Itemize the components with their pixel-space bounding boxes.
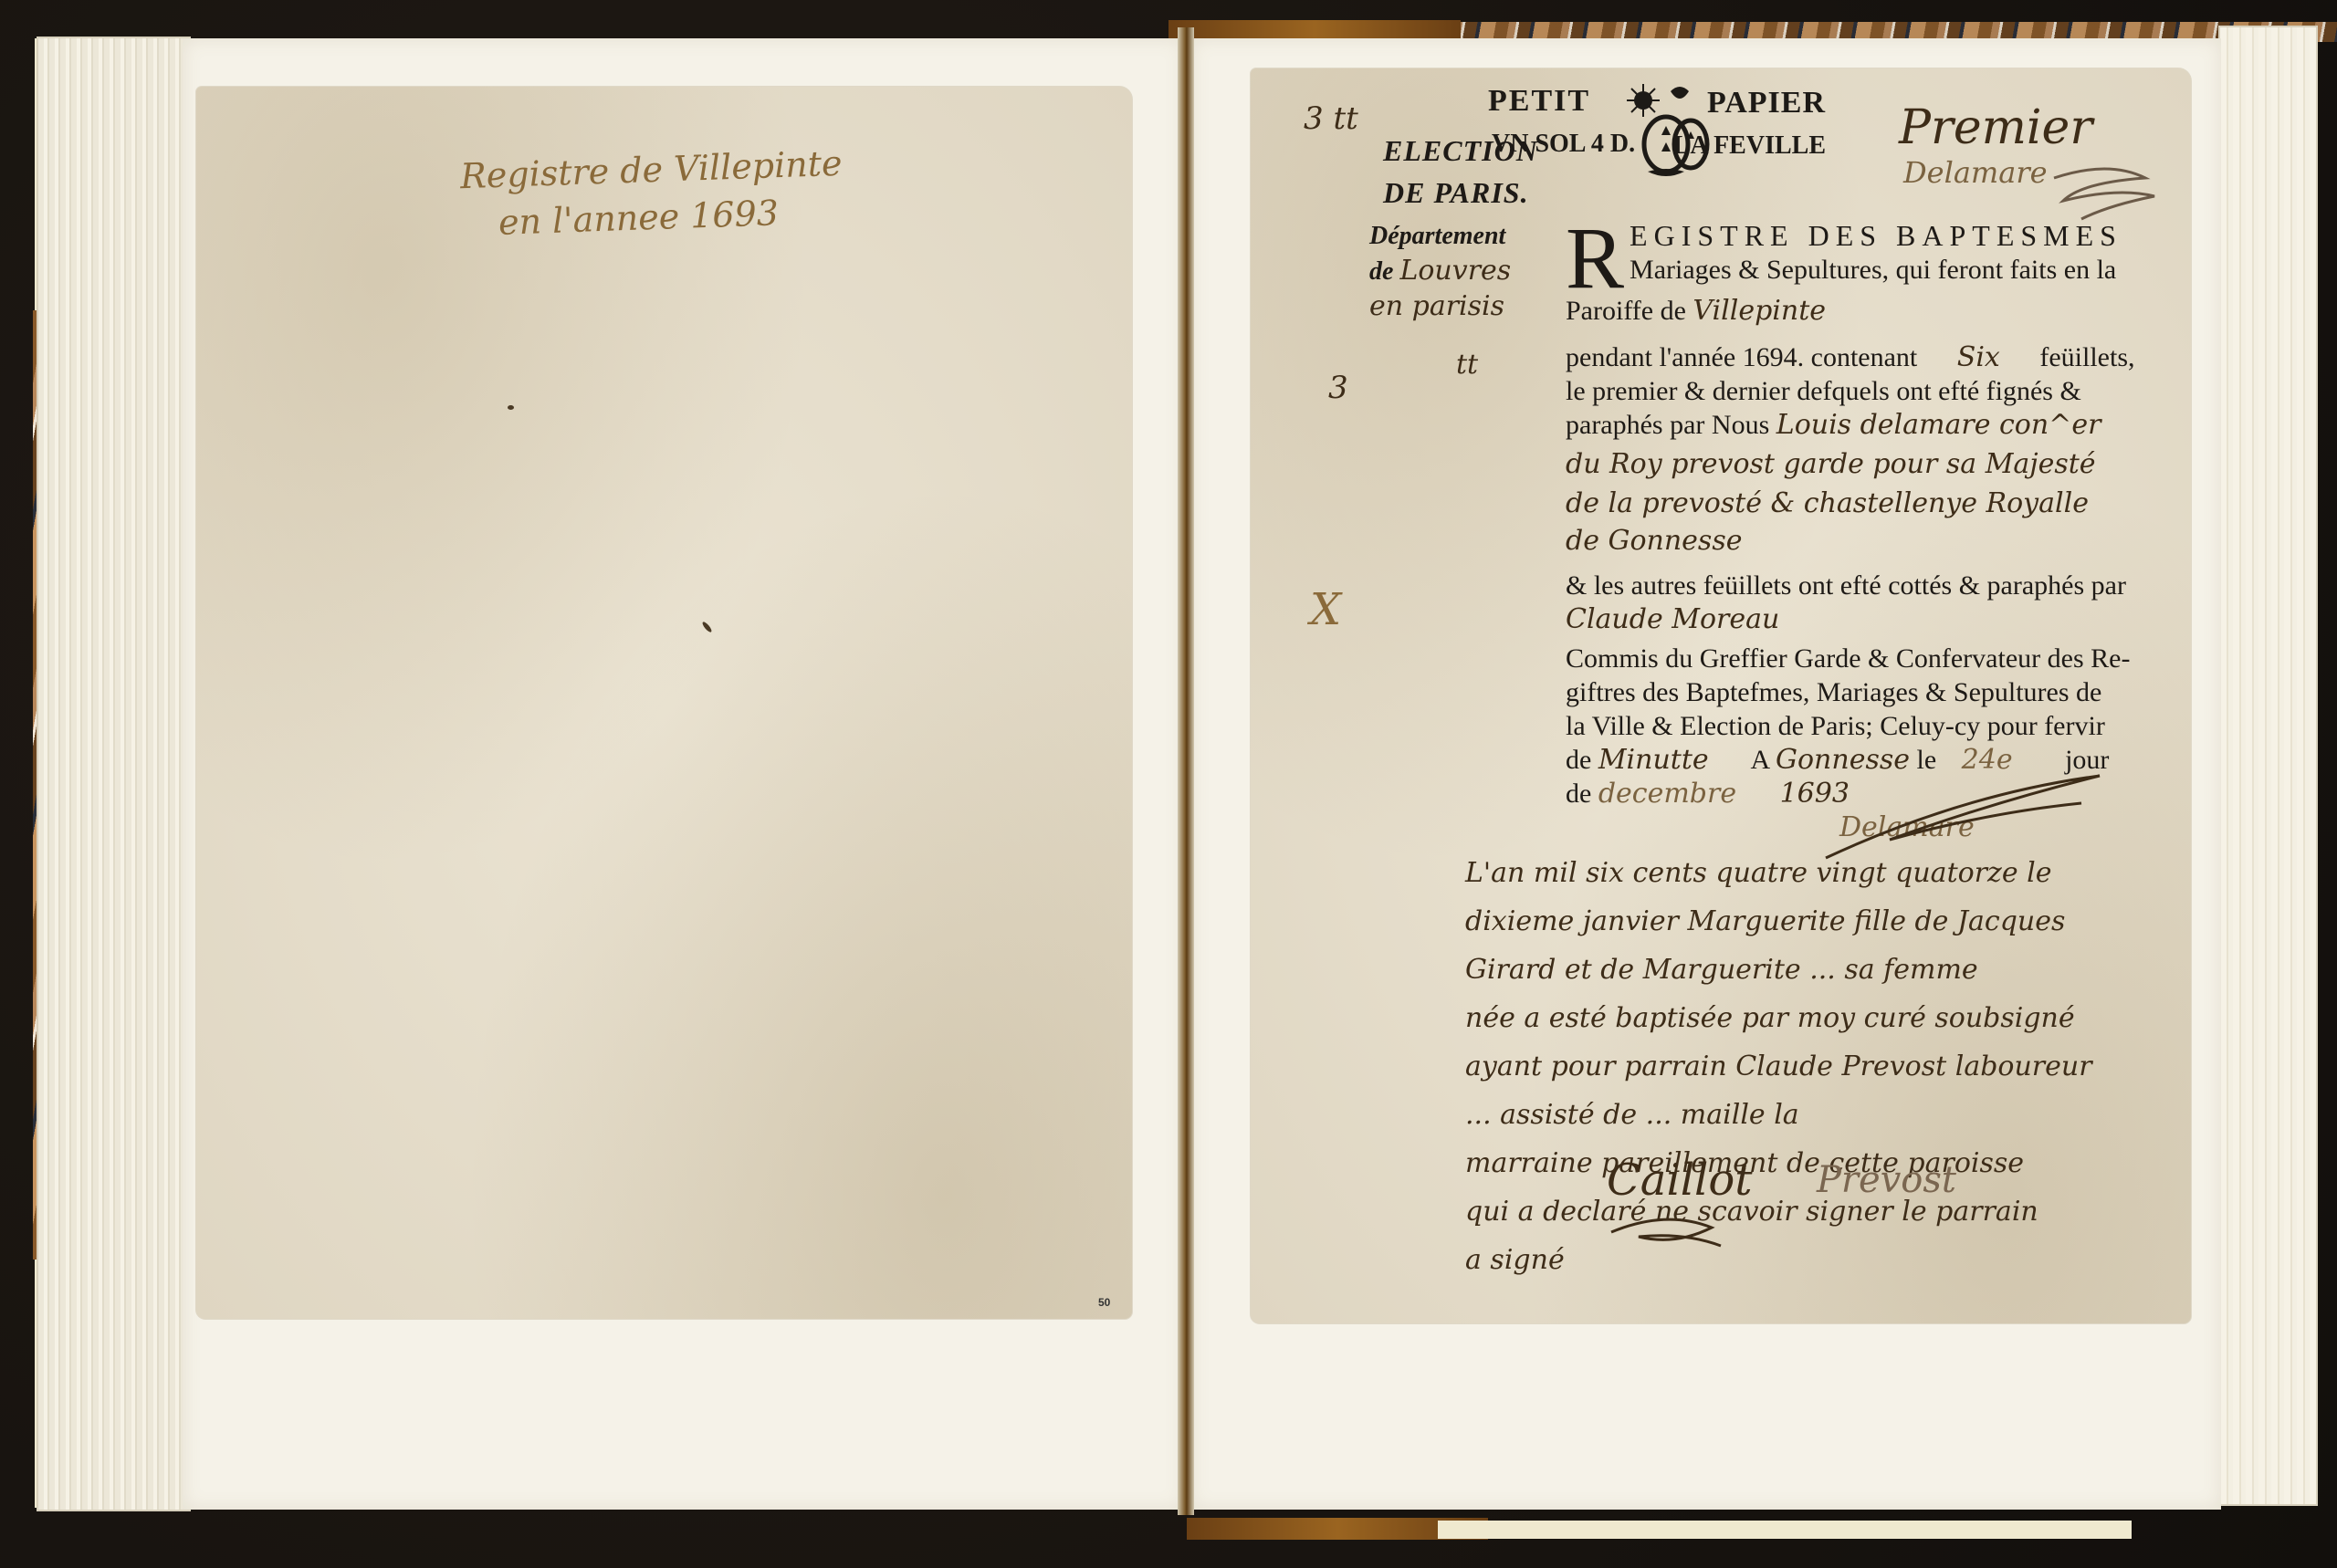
entry-line: ... assisté de ... maille la xyxy=(1465,1091,2177,1139)
cover-flap-bottom-right xyxy=(1438,1521,2132,1539)
folio-number: 50 xyxy=(1098,1296,1110,1309)
de-label: de xyxy=(1566,745,1591,775)
official-name-hand: Louis delamare con^er xyxy=(1776,409,2101,441)
parish-label: Paroiffe de xyxy=(1566,296,1686,326)
clerk-name-hand: Claude Moreau xyxy=(1566,602,2168,636)
page-stack-left xyxy=(37,37,191,1511)
premier-annotation: Premier xyxy=(1899,100,2092,155)
paraph-flourish-icon xyxy=(2049,160,2159,224)
margin-x-mark: X xyxy=(1310,584,1341,635)
page-stack-right xyxy=(2218,26,2318,1506)
entry-line: dixieme janvier Marguerite fille de Jacq… xyxy=(1465,897,2177,946)
register-printed-form: R EGISTRE DES BAPTESMES Mariages & Sepul… xyxy=(1566,219,2168,844)
signature-delamare-top: Delamare xyxy=(1903,155,2048,190)
sheets-label: feüillets, xyxy=(2039,342,2134,372)
stamp-text-papier: PAPIER xyxy=(1707,86,1826,120)
entry-line: née a esté baptisée par moy curé soubsig… xyxy=(1465,994,2177,1042)
de-label-2: de xyxy=(1566,779,1591,809)
paraph-caillot-icon xyxy=(1607,1205,1780,1260)
form-line-year: pendant l'année 1694. contenant Six feüi… xyxy=(1566,340,2168,374)
form-line-10: & les autres feüillets ont efté cottés &… xyxy=(1566,569,2168,602)
department-de: de xyxy=(1369,257,1393,286)
entry-line: a signé xyxy=(1465,1236,2177,1284)
department-margin-mark: tt xyxy=(1456,348,1511,382)
election-line-2: DE PARIS. xyxy=(1383,172,1538,214)
a-label: A xyxy=(1751,745,1769,775)
stamp-text-petit: PETIT xyxy=(1488,84,1590,119)
archival-annotation: Registre de Villepinte en l'annee 1693 xyxy=(459,140,844,248)
form-line-5: le premier & dernier defquels ont efté f… xyxy=(1566,374,2168,408)
corner-note: 3 tt xyxy=(1304,100,1358,137)
book-gutter xyxy=(1178,27,1194,1515)
form-line-13: giftres des Baptefmes, Mariages & Sepult… xyxy=(1566,675,2168,709)
election-line-1: ELECTION xyxy=(1383,130,1538,172)
entry-line: Girard et de Marguerite ... sa femme xyxy=(1465,946,2177,994)
form-line-6: paraphés par Nous Louis delamare con^er xyxy=(1566,408,2168,442)
hand-line-8: de la prevosté & chastellenye Royalle xyxy=(1566,486,2168,520)
entry-line: ayant pour parrain Claude Prevost labour… xyxy=(1465,1042,2177,1091)
signature-caillot: Caillot xyxy=(1607,1155,1753,1206)
form-line-2: Mariages & Sepultures, qui feront faits … xyxy=(1566,253,2168,287)
manuscript-leaf-left xyxy=(196,87,1132,1319)
month-hand: decembre xyxy=(1598,778,1736,810)
minute-hand: Minutte xyxy=(1598,744,1709,776)
ink-speck xyxy=(508,405,514,410)
signature-prevost: Prevost xyxy=(1817,1159,1956,1201)
entry-line: L'an mil six cents quatre vingt quatorze… xyxy=(1465,849,2177,897)
department-de-line: de Louvres xyxy=(1369,254,1511,289)
department-block: Département de Louvres en parisis tt xyxy=(1369,219,1511,382)
form-line-parish: Paroiffe de Villepinte xyxy=(1566,294,2168,328)
parish-hand: Villepinte xyxy=(1692,295,1826,327)
form-line-12: Commis du Greffier Garde & Confervateur … xyxy=(1566,642,2168,675)
fleur-de-lis-crest-icon xyxy=(1616,80,1716,181)
department-label: Département xyxy=(1369,219,1511,254)
register-title: EGISTRE DES BAPTESMES xyxy=(1566,219,2168,253)
paraphes-label: paraphés par Nous xyxy=(1566,410,1769,440)
department-hand-2: en parisis xyxy=(1369,289,1511,324)
sheets-hand: Six xyxy=(1957,341,2000,373)
year-label: pendant l'année 1694. contenant xyxy=(1566,342,1917,372)
margin-number: 3 xyxy=(1328,370,1348,406)
drop-cap: R xyxy=(1566,223,1624,294)
election-heading: ELECTION DE PARIS. xyxy=(1383,130,1538,214)
form-line-14: la Ville & Election de Paris; Celuy-cy p… xyxy=(1566,709,2168,743)
hand-line-7: du Roy prevost garde pour sa Majesté xyxy=(1566,447,2168,481)
department-hand-1: Louvres xyxy=(1399,255,1511,287)
baptism-entry: L'an mil six cents quatre vingt quatorze… xyxy=(1465,849,2177,1284)
spine-leather-top xyxy=(1168,20,1461,38)
hand-line-9: de Gonnesse xyxy=(1566,524,2168,558)
